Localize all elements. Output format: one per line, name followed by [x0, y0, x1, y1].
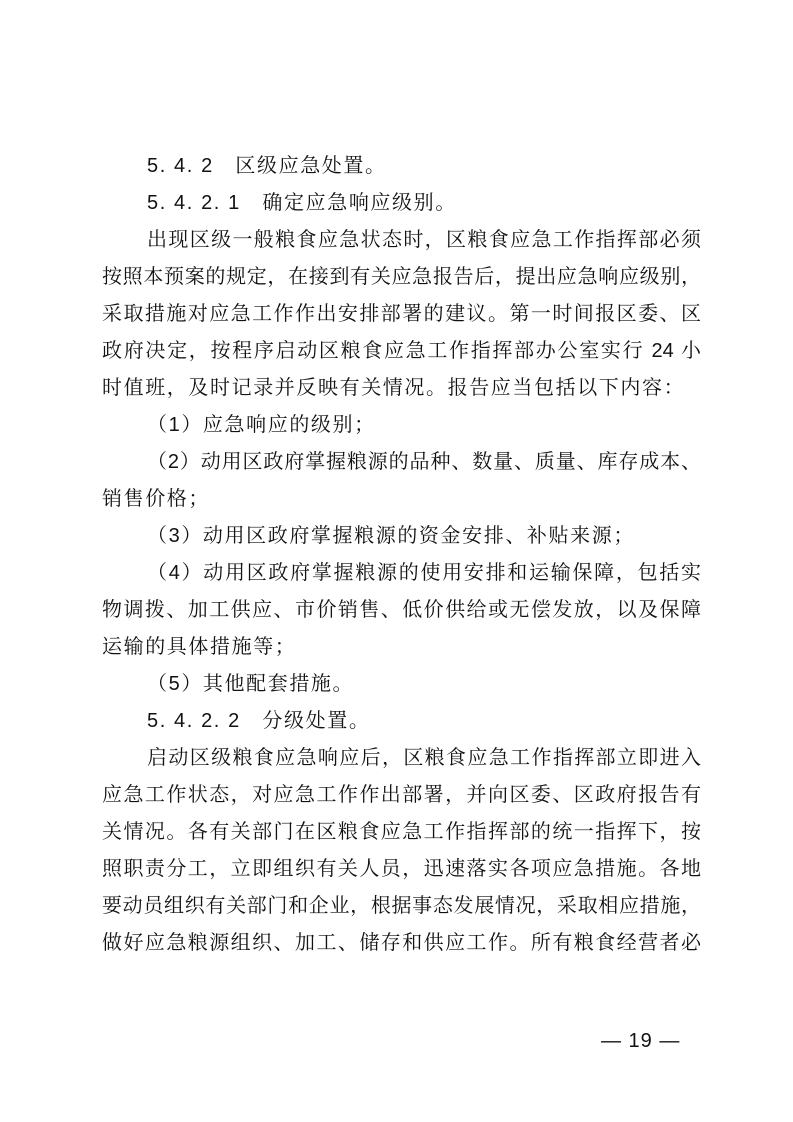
- list-item-4-line: 物调拨、加工供应、市价销售、低价供给或无偿发放，以及保障: [102, 592, 701, 629]
- paragraph-line: 关情况。各有关部门在区粮食应急工作指挥部的统一指挥下，按: [102, 814, 701, 851]
- list-item-2-line: （2）动用区政府掌握粮源的品种、数量、质量、库存成本、: [102, 444, 701, 481]
- list-item-4-line: 运输的具体措施等；: [102, 629, 701, 666]
- paragraph-line: 采取措施对应急工作作出安排部署的建议。第一时间报区委、区: [102, 296, 701, 333]
- paragraph-line: 应急工作状态，对应急工作作出部署，并向区委、区政府报告有: [102, 777, 701, 814]
- paragraph-line: 按照本预案的规定，在接到有关应急报告后，提出应急响应级别，: [102, 259, 701, 296]
- paragraph-line: 做好应急粮源组织、加工、储存和供应工作。所有粮食经营者必: [102, 925, 701, 962]
- paragraph-line: 出现区级一般粮食应急状态时，区粮食应急工作指挥部必须: [102, 222, 701, 259]
- page-number: — 19 —: [601, 1029, 680, 1053]
- document-page: 5. 4. 2 区级应急处置。 5. 4. 2. 1 确定应急响应级别。 出现区…: [0, 0, 793, 1122]
- heading-5-4-2-1: 5. 4. 2. 1 确定应急响应级别。: [102, 185, 701, 222]
- list-item-2-line: 销售价格；: [102, 481, 701, 518]
- list-item-5-line: （5）其他配套措施。: [102, 666, 701, 703]
- list-item-1-line: （1）应急响应的级别；: [102, 407, 701, 444]
- list-item-4-line: （4）动用区政府掌握粮源的使用安排和运输保障，包括实: [102, 555, 701, 592]
- paragraph-line: 政府决定，按程序启动区粮食应急工作指挥部办公室实行 24 小: [102, 333, 701, 370]
- heading-5-4-2: 5. 4. 2 区级应急处置。: [102, 148, 701, 185]
- paragraph-line: 启动区级粮食应急响应后，区粮食应急工作指挥部立即进入: [102, 740, 701, 777]
- document-text-block: 5. 4. 2 区级应急处置。 5. 4. 2. 1 确定应急响应级别。 出现区…: [102, 148, 701, 962]
- paragraph-line: 照职责分工，立即组织有关人员，迅速落实各项应急措施。各地: [102, 851, 701, 888]
- paragraph-line: 时值班，及时记录并反映有关情况。报告应当包括以下内容：: [102, 370, 701, 407]
- paragraph-line: 要动员组织有关部门和企业，根据事态发展情况，采取相应措施，: [102, 888, 701, 925]
- heading-5-4-2-2: 5. 4. 2. 2 分级处置。: [102, 703, 701, 740]
- list-item-3-line: （3）动用区政府掌握粮源的资金安排、补贴来源；: [102, 518, 701, 555]
